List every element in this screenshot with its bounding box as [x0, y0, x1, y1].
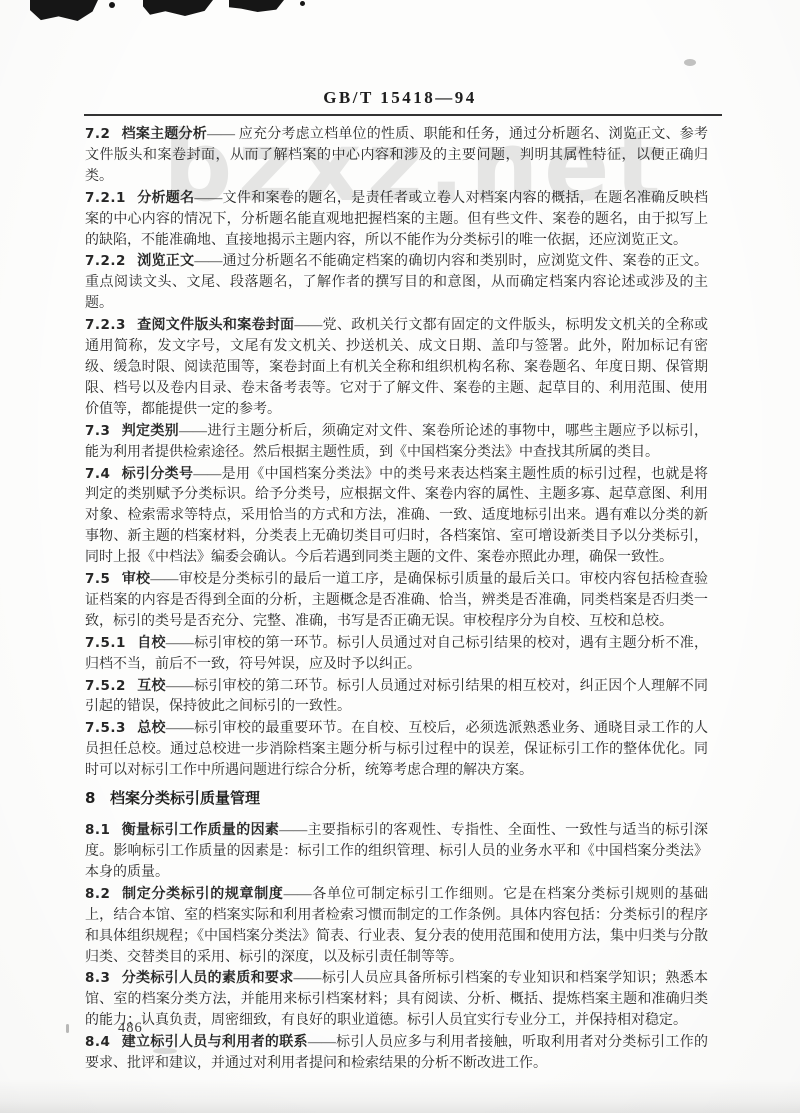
- clause-number: 8.4: [85, 1034, 110, 1050]
- clause-term: 审校: [121, 571, 150, 587]
- clause-term: 互校: [137, 678, 166, 694]
- clause-term: 判定类别: [121, 423, 179, 439]
- clause-number: 7.3: [85, 423, 110, 439]
- clause-term: 查阅文件版头和案卷封面: [137, 317, 294, 333]
- clause-number: 7.2: [85, 126, 110, 142]
- clause-7-2-3: 7.2.3查阅文件版头和案卷封面——党、政机关行文都有固定的文件版头，标明发文机…: [85, 315, 708, 421]
- scan-artifact-dot: [300, 1, 305, 6]
- clause-term: 分类标引人员的素质和要求: [121, 970, 293, 986]
- clause-body: ——审校是分类标引的最后一道工序，是确保标引质量的最后关口。审校内容包括检查验证…: [85, 572, 708, 629]
- clause-number: 8.3: [85, 970, 110, 986]
- scan-artifact-blob: [30, 0, 98, 21]
- clause-7-3: 7.3判定类别——进行主题分析后，须确定对文件、案卷所论述的事物中，哪些主题应予…: [85, 421, 708, 464]
- clause-term: 衡量标引工作质量的因素: [121, 822, 279, 838]
- clause-7-5-3: 7.5.3总校——标引审校的最重要环节。在自校、互校后，必须选派熟悉业务、通晓目…: [85, 718, 708, 782]
- clause-number: 7.2.2: [85, 253, 126, 269]
- clause-body: ——进行主题分析后，须确定对文件、案卷所论述的事物中，哪些主题应予以标引，能为利…: [85, 424, 708, 460]
- clause-term: 标引分类号: [121, 466, 193, 482]
- section-number: 8: [85, 789, 96, 807]
- clause-term: 建立标引人员与利用者的联系: [121, 1034, 307, 1050]
- standard-number-header: GB/T 15418—94: [0, 88, 800, 108]
- section-8-heading: 8档案分类标引质量管理: [85, 788, 708, 809]
- clause-number: 7.5.1: [85, 635, 126, 651]
- page-bottom-shadow: [0, 1079, 800, 1113]
- clause-number: 7.4: [85, 466, 110, 482]
- clause-term: 总校: [137, 720, 166, 736]
- clause-number: 7.2.1: [85, 190, 126, 206]
- scan-artifact-dot: [109, 2, 115, 8]
- clause-body: ——标引审校的第二环节。标引人员通过对标引结果的相互校对，纠正因个人理解不同引起…: [85, 679, 708, 715]
- scanned-document-page: { "page": { "standard_number": "GB/T 154…: [0, 0, 800, 1113]
- header-rule: [84, 114, 722, 116]
- clause-7-5-2: 7.5.2互校——标引审校的第二环节。标引人员通过对标引结果的相互校对，纠正因个…: [85, 676, 708, 719]
- clause-8-1: 8.1衡量标引工作质量的因素——主要指标引的客观性、专指性、全面性、一致性与适当…: [85, 820, 708, 884]
- scan-artifact-speck: [684, 59, 696, 66]
- clause-term: 分析题名: [137, 190, 194, 206]
- clause-number: 8.1: [85, 822, 110, 838]
- clause-7-5: 7.5审校——审校是分类标引的最后一道工序，是确保标引质量的最后关口。审校内容包…: [85, 569, 708, 633]
- document-text-block: 7.2档案主题分析—— 应充分考虑立档单位的性质、职能和任务，通过分析题名、浏览…: [85, 124, 708, 1075]
- clause-8-4: 8.4建立标引人员与利用者的联系——标引人员应多与利用者接触，听取利用者对分类标…: [85, 1032, 708, 1075]
- scan-artifact-blob: [143, 0, 213, 16]
- scan-artifact-blob: [229, 0, 284, 12]
- clause-term: 自校: [137, 635, 166, 651]
- clause-number: 8.2: [85, 886, 110, 902]
- clause-7-2-1: 7.2.1分析题名——文件和案卷的题名，是责任者或立卷人对档案内容的概括，在题名…: [85, 188, 708, 252]
- clause-term: 制定分类标引的规章制度: [121, 886, 283, 902]
- clause-7-5-1: 7.5.1自校——标引审校的第一环节。标引人员通过对自己标引结果的校对，遇有主题…: [85, 633, 708, 676]
- clause-7-4: 7.4标引分类号——是用《中国档案分类法》中的类号来表达档案主题性质的标引过程，…: [85, 464, 708, 570]
- clause-7-2: 7.2档案主题分析—— 应充分考虑立档单位的性质、职能和任务，通过分析题名、浏览…: [85, 124, 708, 188]
- clause-number: 7.5.2: [85, 678, 126, 694]
- clause-term: 档案主题分析: [121, 126, 207, 142]
- scan-artifact-speck: [66, 1024, 69, 1033]
- clause-7-2-2: 7.2.2浏览正文——通过分析题名不能确定档案的确切内容和类别时，应浏览文件、案…: [85, 251, 708, 315]
- page-number: 486: [118, 1020, 143, 1037]
- clause-number: 7.5.3: [85, 720, 126, 736]
- clause-8-3: 8.3分类标引人员的素质和要求——标引人员应具备所标引档案的专业知识和档案学知识…: [85, 968, 708, 1032]
- scan-artifact-smudge: [153, 1048, 177, 1054]
- clause-term: 浏览正文: [137, 253, 194, 269]
- clause-8-2: 8.2制定分类标引的规章制度——各单位可制定标引工作细则。它是在档案分类标引规则…: [85, 884, 708, 969]
- section-title: 档案分类标引质量管理: [110, 789, 260, 807]
- clause-body: ——标引审校的第一环节。标引人员通过对自己标引结果的校对，遇有主题分析不准，归档…: [85, 636, 708, 672]
- clause-body: ——标引审校的最重要环节。在自校、互校后，必须选派熟悉业务、通晓目录工作的人员担…: [85, 721, 708, 778]
- clause-number: 7.5: [85, 571, 110, 587]
- clause-number: 7.2.3: [85, 317, 126, 333]
